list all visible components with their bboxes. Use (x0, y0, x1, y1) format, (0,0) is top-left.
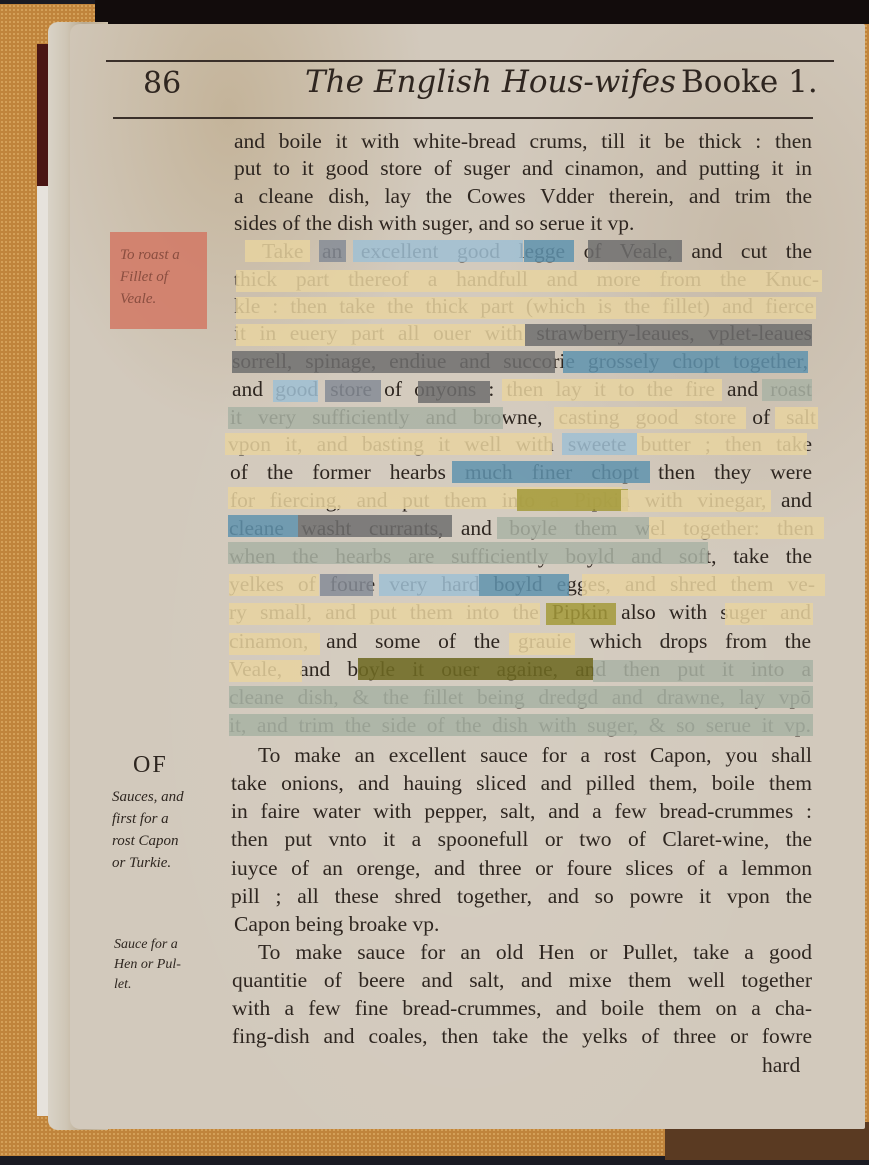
highlight-cream[interactable] (621, 490, 771, 512)
highlight-cream[interactable] (775, 407, 818, 429)
highlight-slate[interactable] (320, 574, 373, 596)
highlight-dark-olive[interactable] (358, 658, 593, 680)
text-line: a cleane dish, lay the Cowes Vdder there… (234, 183, 812, 209)
highlight-dark-gray[interactable] (298, 515, 452, 537)
highlight-light-blue[interactable] (353, 240, 523, 262)
text-line: To make an excellent sauce for a rost Ca… (258, 742, 812, 768)
highlight-dark-gray[interactable] (418, 381, 490, 403)
header-rule-top (106, 60, 834, 62)
highlight-steel-blue[interactable] (563, 351, 808, 373)
margin-note-roast-fillet[interactable]: To roast a Fillet of Veale. (110, 232, 207, 329)
highlight-slate[interactable] (319, 240, 346, 262)
highlight-cream[interactable] (229, 633, 320, 655)
text-line: fing-dish and coales, then take the yelk… (232, 1023, 812, 1049)
highlight-slate[interactable] (325, 380, 381, 402)
highlight-steel-blue[interactable] (228, 515, 298, 537)
margin-note-hen: Hen or Pul- (114, 954, 181, 976)
highlight-dark-gray[interactable] (588, 240, 682, 262)
margin-note-hen: let. (114, 974, 132, 996)
highlight-cream[interactable] (229, 660, 302, 682)
highlight-cream[interactable] (637, 433, 807, 455)
text-line: then put vnto it a spoonefull or two of … (231, 826, 812, 852)
text-line: and boile it with white-bread crums, til… (234, 128, 812, 154)
text-line: with a few fine bread-crummes, and boile… (232, 995, 812, 1021)
highlight-light-blue[interactable] (379, 574, 479, 596)
highlight-sage[interactable] (228, 407, 503, 429)
highlight-cream[interactable] (554, 407, 746, 429)
highlight-sage[interactable] (497, 517, 649, 539)
highlight-cream[interactable] (725, 603, 813, 625)
header-rule-bottom (113, 117, 813, 119)
highlight-dark-gray[interactable] (525, 324, 812, 346)
book-label: Booke 1. (681, 64, 818, 100)
highlight-sage[interactable] (229, 686, 813, 708)
text-line: Capon being broake vp. (234, 911, 439, 937)
highlight-cream[interactable] (502, 379, 722, 401)
highlight-cream[interactable] (236, 324, 525, 346)
highlight-cream[interactable] (509, 633, 575, 655)
highlight-light-blue[interactable] (562, 433, 637, 455)
highlight-steel-blue[interactable] (524, 240, 574, 262)
catchword: hard (762, 1052, 800, 1078)
page-number: 86 (143, 66, 181, 101)
highlight-sage[interactable] (229, 714, 813, 736)
highlight-light-blue[interactable] (273, 380, 318, 402)
text-line: sides of the dish with suger, and so ser… (234, 210, 634, 236)
highlight-cream[interactable] (229, 574, 319, 596)
highlight-cream[interactable] (236, 297, 816, 319)
highlight-cream[interactable] (245, 240, 310, 262)
running-title: The English Hous-wifes (305, 64, 676, 100)
highlight-sage[interactable] (228, 542, 708, 564)
cover-top-shadow (95, 0, 869, 24)
highlight-sage[interactable] (762, 379, 812, 401)
highlight-cream[interactable] (582, 574, 825, 596)
text-line: quantitie of beere and salt, and mixe th… (232, 967, 812, 993)
highlight-cream[interactable] (649, 517, 824, 539)
highlight-steel-blue[interactable] (452, 461, 650, 483)
margin-note-sauces: or Turkie. (112, 852, 171, 874)
highlight-cream[interactable] (236, 270, 822, 292)
margin-note-sauces: Sauces, and (112, 786, 184, 808)
margin-note-sauces: first for a (112, 808, 169, 830)
text-line: To make sauce for an old Hen or Pullet, … (258, 939, 812, 965)
highlight-cream[interactable] (229, 603, 540, 625)
margin-heading-of: OF (133, 752, 168, 779)
text-line: pill ; all these shred together, and so … (231, 883, 812, 909)
text-line: take onions, and hauing sliced and pille… (231, 770, 812, 796)
highlight-dark-gray[interactable] (232, 351, 555, 373)
highlight-olive[interactable] (517, 489, 628, 511)
margin-note-sauces: rost Capon (112, 830, 179, 852)
margin-note-hen: Sauce for a (114, 934, 178, 956)
text-line: iuyce of an orenge, and three or foure s… (231, 855, 812, 881)
margin-note-text: To roast a Fillet of Veale. (110, 232, 207, 310)
highlight-sage[interactable] (593, 660, 813, 682)
text-line: in faire water with pepper, salt, and a … (231, 798, 812, 824)
highlight-olive[interactable] (546, 603, 616, 625)
highlight-cream[interactable] (225, 433, 552, 455)
text-line: put to it good store of suger and cinamo… (234, 155, 812, 181)
highlight-steel-blue[interactable] (479, 574, 569, 596)
